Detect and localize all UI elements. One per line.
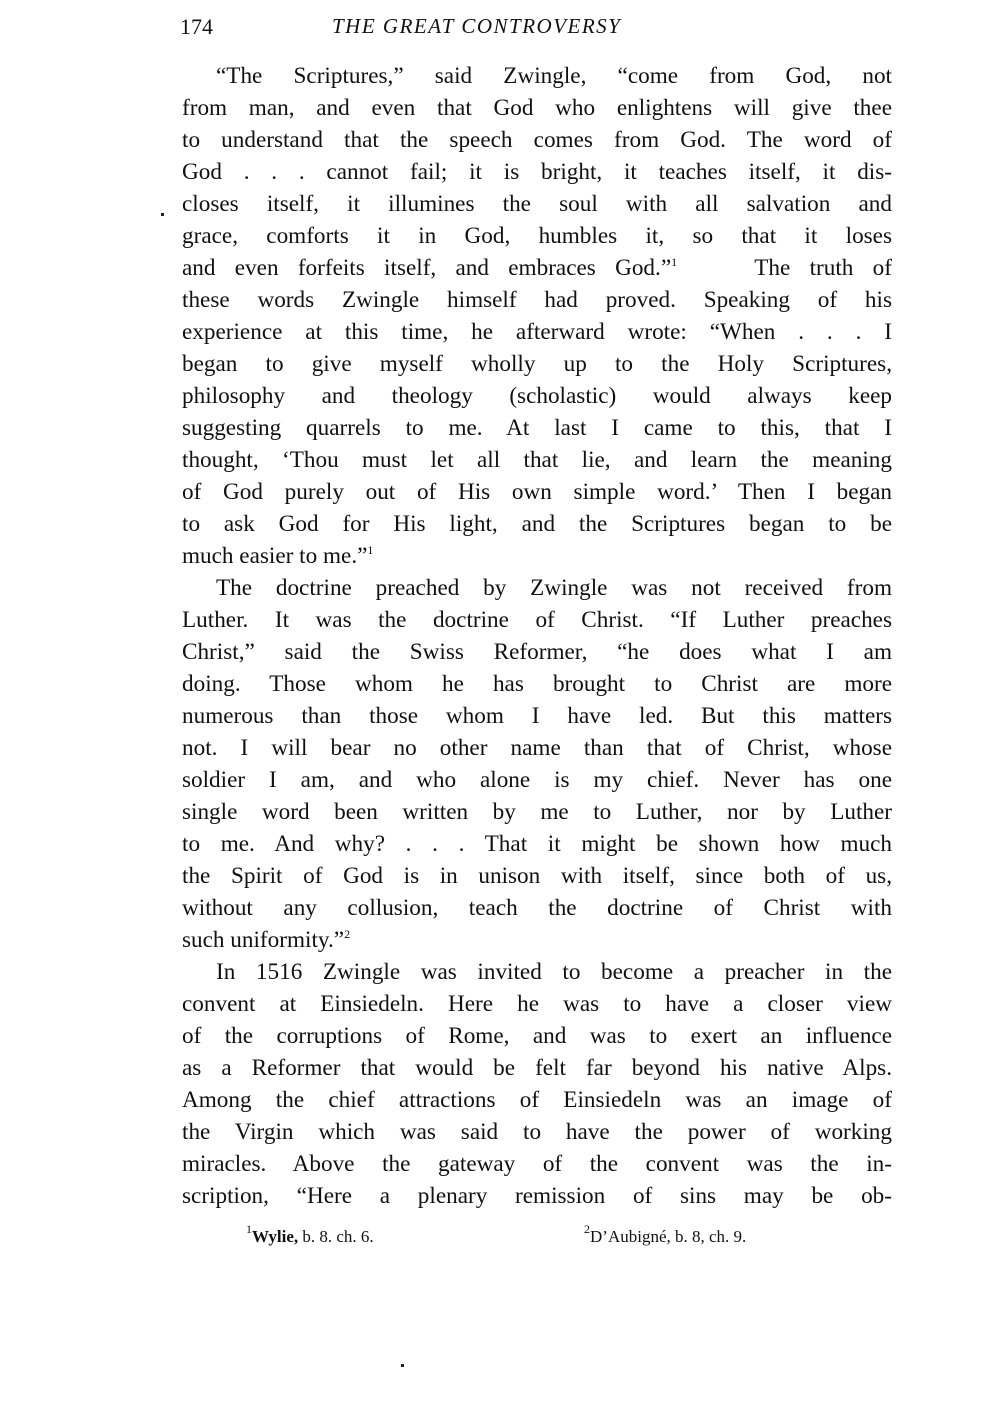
text-line: soldier I am, and who alone is my chief.… [182,764,892,796]
body-text: “The Scriptures,” said Zwingle, “come fr… [182,60,892,1212]
footnote-1: 1Wylie, b. 8. ch. 6. [246,1227,374,1247]
text-line: Christ,” said the Swiss Reformer, “he do… [182,636,892,668]
text-line: philosophy and theology (scholastic) wou… [182,380,892,412]
text-line: these words Zwingle himself had proved. … [182,284,892,316]
footnote-ref-text: b. 8. ch. 6. [302,1227,373,1246]
text-line: doing. Those whom he has brought to Chri… [182,668,892,700]
text-line: to understand that the speech comes from… [182,124,892,156]
text-line: much easier to me.”1 [182,540,892,572]
text-line: miracles. Above the gateway of the conve… [182,1148,892,1180]
text-line: as a Reformer that would be felt far bey… [182,1052,892,1084]
text-line: such uniformity.”2 [182,924,892,956]
text-line: the Virgin which was said to have the po… [182,1116,892,1148]
footnote-ref: 1 [367,543,373,557]
text-line: without any collusion, teach the doctrin… [182,892,892,924]
text-line: God . . . cannot fail; it is bright, it … [182,156,892,188]
footnote-ref-text: b. 8, ch. 9. [675,1227,746,1246]
text-line: thought, ‘Thou must let all that lie, an… [182,444,892,476]
text-line: the Spirit of God is in unison with itse… [182,860,892,892]
text-segment: such uniformity.” [182,927,344,953]
text-line: grace, comforts it in God, humbles it, s… [182,220,892,252]
text-line: to ask God for His light, and the Script… [182,508,892,540]
text-line: to me. And why? . . . That it might be s… [182,828,892,860]
footnotes: 1Wylie, b. 8. ch. 6. 2D’Aubigné, b. 8, c… [246,1227,846,1255]
text-line: experience at this time, he afterward wr… [182,316,892,348]
text-line: Luther. It was the doctrine of Christ. “… [182,604,892,636]
text-line: scription, “Here a plenary remission of … [182,1180,892,1212]
footnote-2: 2D’Aubigné, b. 8, ch. 9. [584,1227,746,1247]
text-segment: and even forfeits itself, and embraces G… [182,255,671,281]
text-segment: much easier to me.” [182,543,367,569]
text-line: and even forfeits itself, and embraces G… [182,252,892,284]
footnote-ref: 2 [344,927,350,941]
text-line: In 1516 Zwingle was invited to become a … [182,956,892,988]
footnote-source: Wylie, [252,1227,298,1246]
page-number: 174 [180,14,213,40]
text-line: of the corruptions of Rome, and was to e… [182,1020,892,1052]
text-line: convent at Einsiedeln. Here he was to ha… [182,988,892,1020]
footnote-ref: 1 [671,255,677,269]
text-line: from man, and even that God who enlighte… [182,92,892,124]
text-line: suggesting quarrels to me. At last I cam… [182,412,892,444]
text-line: of God purely out of His own simple word… [182,476,892,508]
text-line: closes itself, it illumines the soul wit… [182,188,892,220]
text-line: Among the chief attractions of Einsiedel… [182,1084,892,1116]
text-line: single word been written by me to Luther… [182,796,892,828]
text-line: began to give myself wholly up to the Ho… [182,348,892,380]
text-line: not. I will bear no other name than that… [182,732,892,764]
text-line: numerous than those whom I have led. But… [182,700,892,732]
page-header: 174 THE GREAT CONTROVERSY [180,10,710,46]
footnote-source: D’Aubigné, [590,1227,671,1246]
scan-speck [401,1364,404,1367]
text-line: The doctrine preached by Zwingle was not… [182,572,892,604]
text-line: “The Scriptures,” said Zwingle, “come fr… [182,60,892,92]
running-title: THE GREAT CONTROVERSY [332,14,621,39]
text-segment: The truth of [754,255,892,281]
scan-speck [161,213,164,216]
